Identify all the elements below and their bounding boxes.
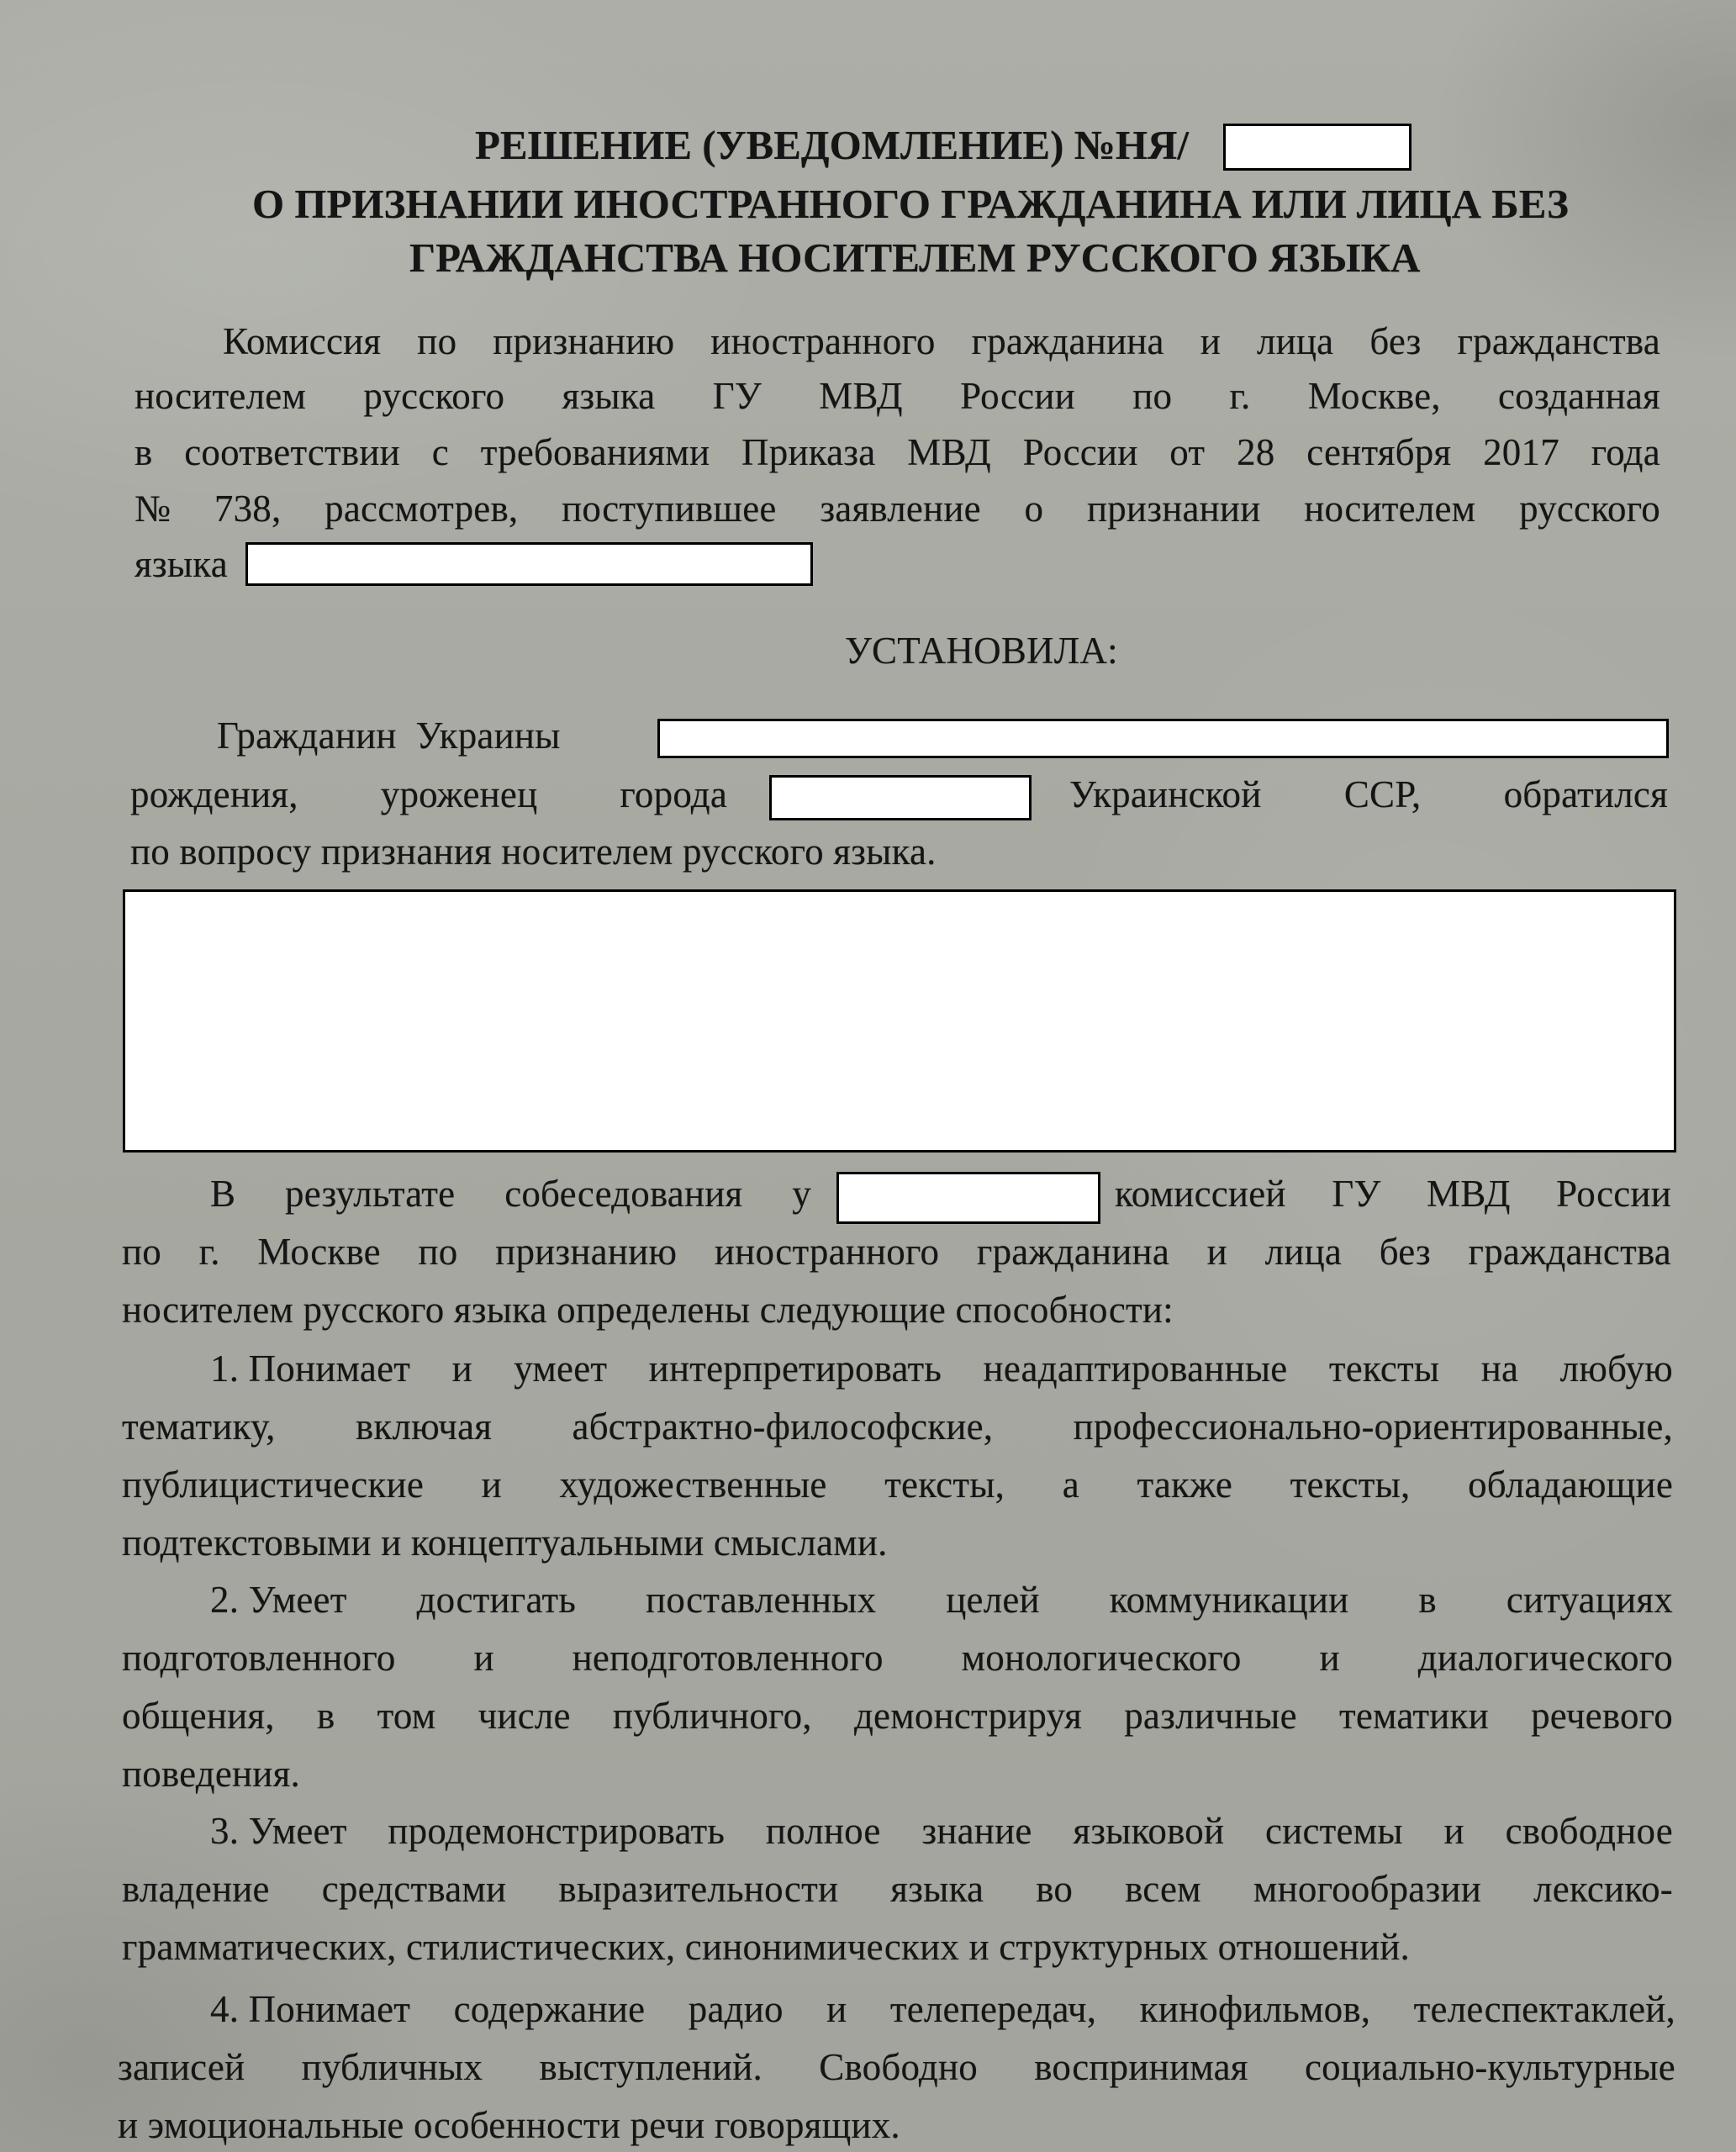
intro-line: носителемрусскогоязыкаГУМВДРоссиипог.Мос…	[135, 372, 1660, 419]
result-line-3: носителем русского языка определены след…	[122, 1286, 1174, 1333]
title-line-1: РЕШЕНИЕ (УВЕДОМЛЕНИЕ) №НЯ/	[475, 120, 1189, 171]
citizen-line-2-right: Украинской ССР, обратился	[1069, 771, 1668, 818]
ability-2-line: общения,втомчислепубличного,демонстрируя…	[122, 1692, 1673, 1739]
ability-2-line: подготовленногоинеподготовленногомонолог…	[122, 1634, 1673, 1681]
intro-line: всоответствиистребованиямиПриказаМВДРосс…	[135, 429, 1660, 476]
ability-3-line: владениесредствамивыразительностиязыкаво…	[122, 1865, 1673, 1912]
ability-2-line: 2. Умеетдостигатьпоставленныхцелейкоммун…	[210, 1576, 1673, 1623]
citizen-line-2-left: рождения, уроженец города	[130, 771, 727, 818]
ability-1-line: 1. Понимаетиумеетинтерпретироватьнеадапт…	[210, 1345, 1673, 1392]
intro-line: №738,рассмотрев,поступившеезаявлениеопри…	[135, 485, 1660, 532]
ability-4-last-line: и эмоциональные особенности речи говорящ…	[118, 2102, 900, 2149]
ability-2-last-line: поведения.	[122, 1750, 300, 1797]
decision-number-label: РЕШЕНИЕ (УВЕДОМЛЕНИЕ) №НЯ/	[475, 122, 1189, 168]
result-line-1-left: В результате собеседования у	[210, 1170, 811, 1217]
result-line-1-right: комиссией ГУ МВД России	[1115, 1170, 1671, 1217]
ability-3-last-line: грамматических, стилистических, синоними…	[122, 1923, 1410, 1970]
redacted-birth-city	[769, 775, 1032, 820]
ability-4-line: записейпубличныхвыступлений.Свободновосп…	[118, 2044, 1675, 2091]
redacted-paragraph	[123, 889, 1676, 1152]
citizen-line-1: Гражданин Украины	[217, 712, 561, 759]
ability-1-line: тематику,включаяабстрактно-философские,п…	[122, 1403, 1673, 1450]
redacted-citizen-details	[657, 719, 1669, 758]
ability-1-line: публицистическиеихудожественныетексты,ат…	[122, 1461, 1673, 1508]
result-line-2: пог.Москвепопризнаниюиностранногограждан…	[122, 1228, 1671, 1275]
title-line-3: ГРАЖДАНСТВА НОСИТЕЛЕМ РУССКОГО ЯЗЫКА	[409, 233, 1420, 283]
redacted-decision-number	[1223, 124, 1411, 171]
title-line-2: О ПРИЗНАНИИ ИНОСТРАННОГО ГРАЖДАНИНА ИЛИ …	[252, 179, 1569, 229]
ability-1-last-line: подтекстовыми и концептуальными смыслами…	[122, 1519, 888, 1566]
intro-last-line: языка	[135, 541, 228, 588]
redacted-applicant-name	[245, 542, 813, 586]
ability-4-line: 4. Понимаетсодержаниерадиоителепередач,к…	[210, 1986, 1675, 2033]
citizen-line-3: по вопросу признания носителем русского …	[130, 828, 937, 875]
intro-line: Комиссияпопризнаниюиностранногогражданин…	[223, 318, 1660, 365]
redacted-interview-date	[836, 1172, 1100, 1224]
ability-3-line: 3. Умеетпродемонстрироватьполноезнаниеяз…	[210, 1807, 1673, 1854]
section-heading: УСТАНОВИЛА:	[845, 627, 1118, 674]
